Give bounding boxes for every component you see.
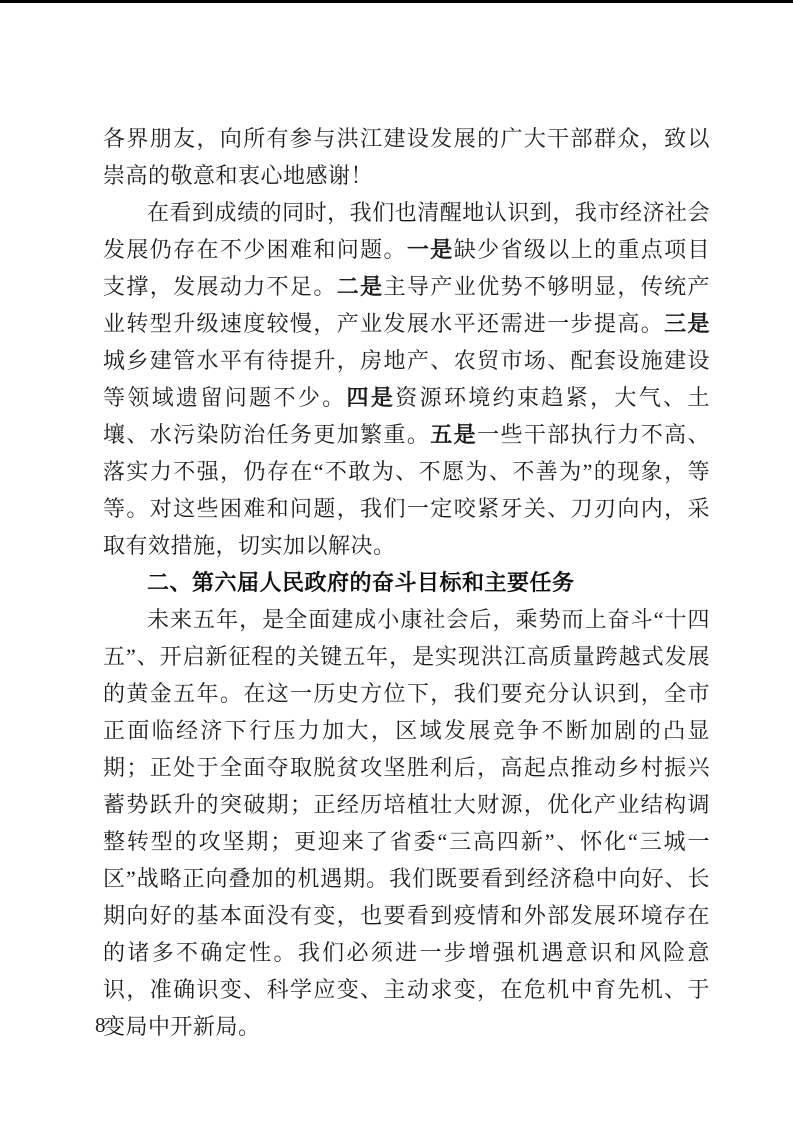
paragraph-problems: 在看到成绩的同时，我们也清醒地认识到，我市经济社会发展仍存在不少困难和问题。一是… xyxy=(103,194,710,564)
paragraph-closing-thanks: 各界朋友，向所有参与洪江建设发展的广大干部群众，致以崇高的敬意和衷心地感谢！ xyxy=(103,120,710,194)
bold-marker-fourth: 四是 xyxy=(347,385,396,410)
paragraph-goals-tasks: 未来五年，是全面建成小康社会后，乘势而上奋斗“十四五”、开启新征程的关键五年，是… xyxy=(103,601,710,1045)
document-page: 各界朋友，向所有参与洪江建设发展的广大干部群众，致以崇高的敬意和衷心地感谢！ 在… xyxy=(0,0,793,1122)
page-number: 8 xyxy=(95,1012,106,1038)
bold-marker-first: 一是 xyxy=(407,237,454,262)
bold-marker-second: 二是 xyxy=(337,274,384,299)
bold-marker-fifth: 五是 xyxy=(430,422,477,447)
section-heading: 二、第六届人民政府的奋斗目标和主要任务 xyxy=(103,564,710,601)
bold-marker-third: 三是 xyxy=(664,311,710,336)
scan-edge-artifact xyxy=(0,0,793,3)
document-body: 各界朋友，向所有参与洪江建设发展的广大干部群众，致以崇高的敬意和衷心地感谢！ 在… xyxy=(103,120,710,1045)
